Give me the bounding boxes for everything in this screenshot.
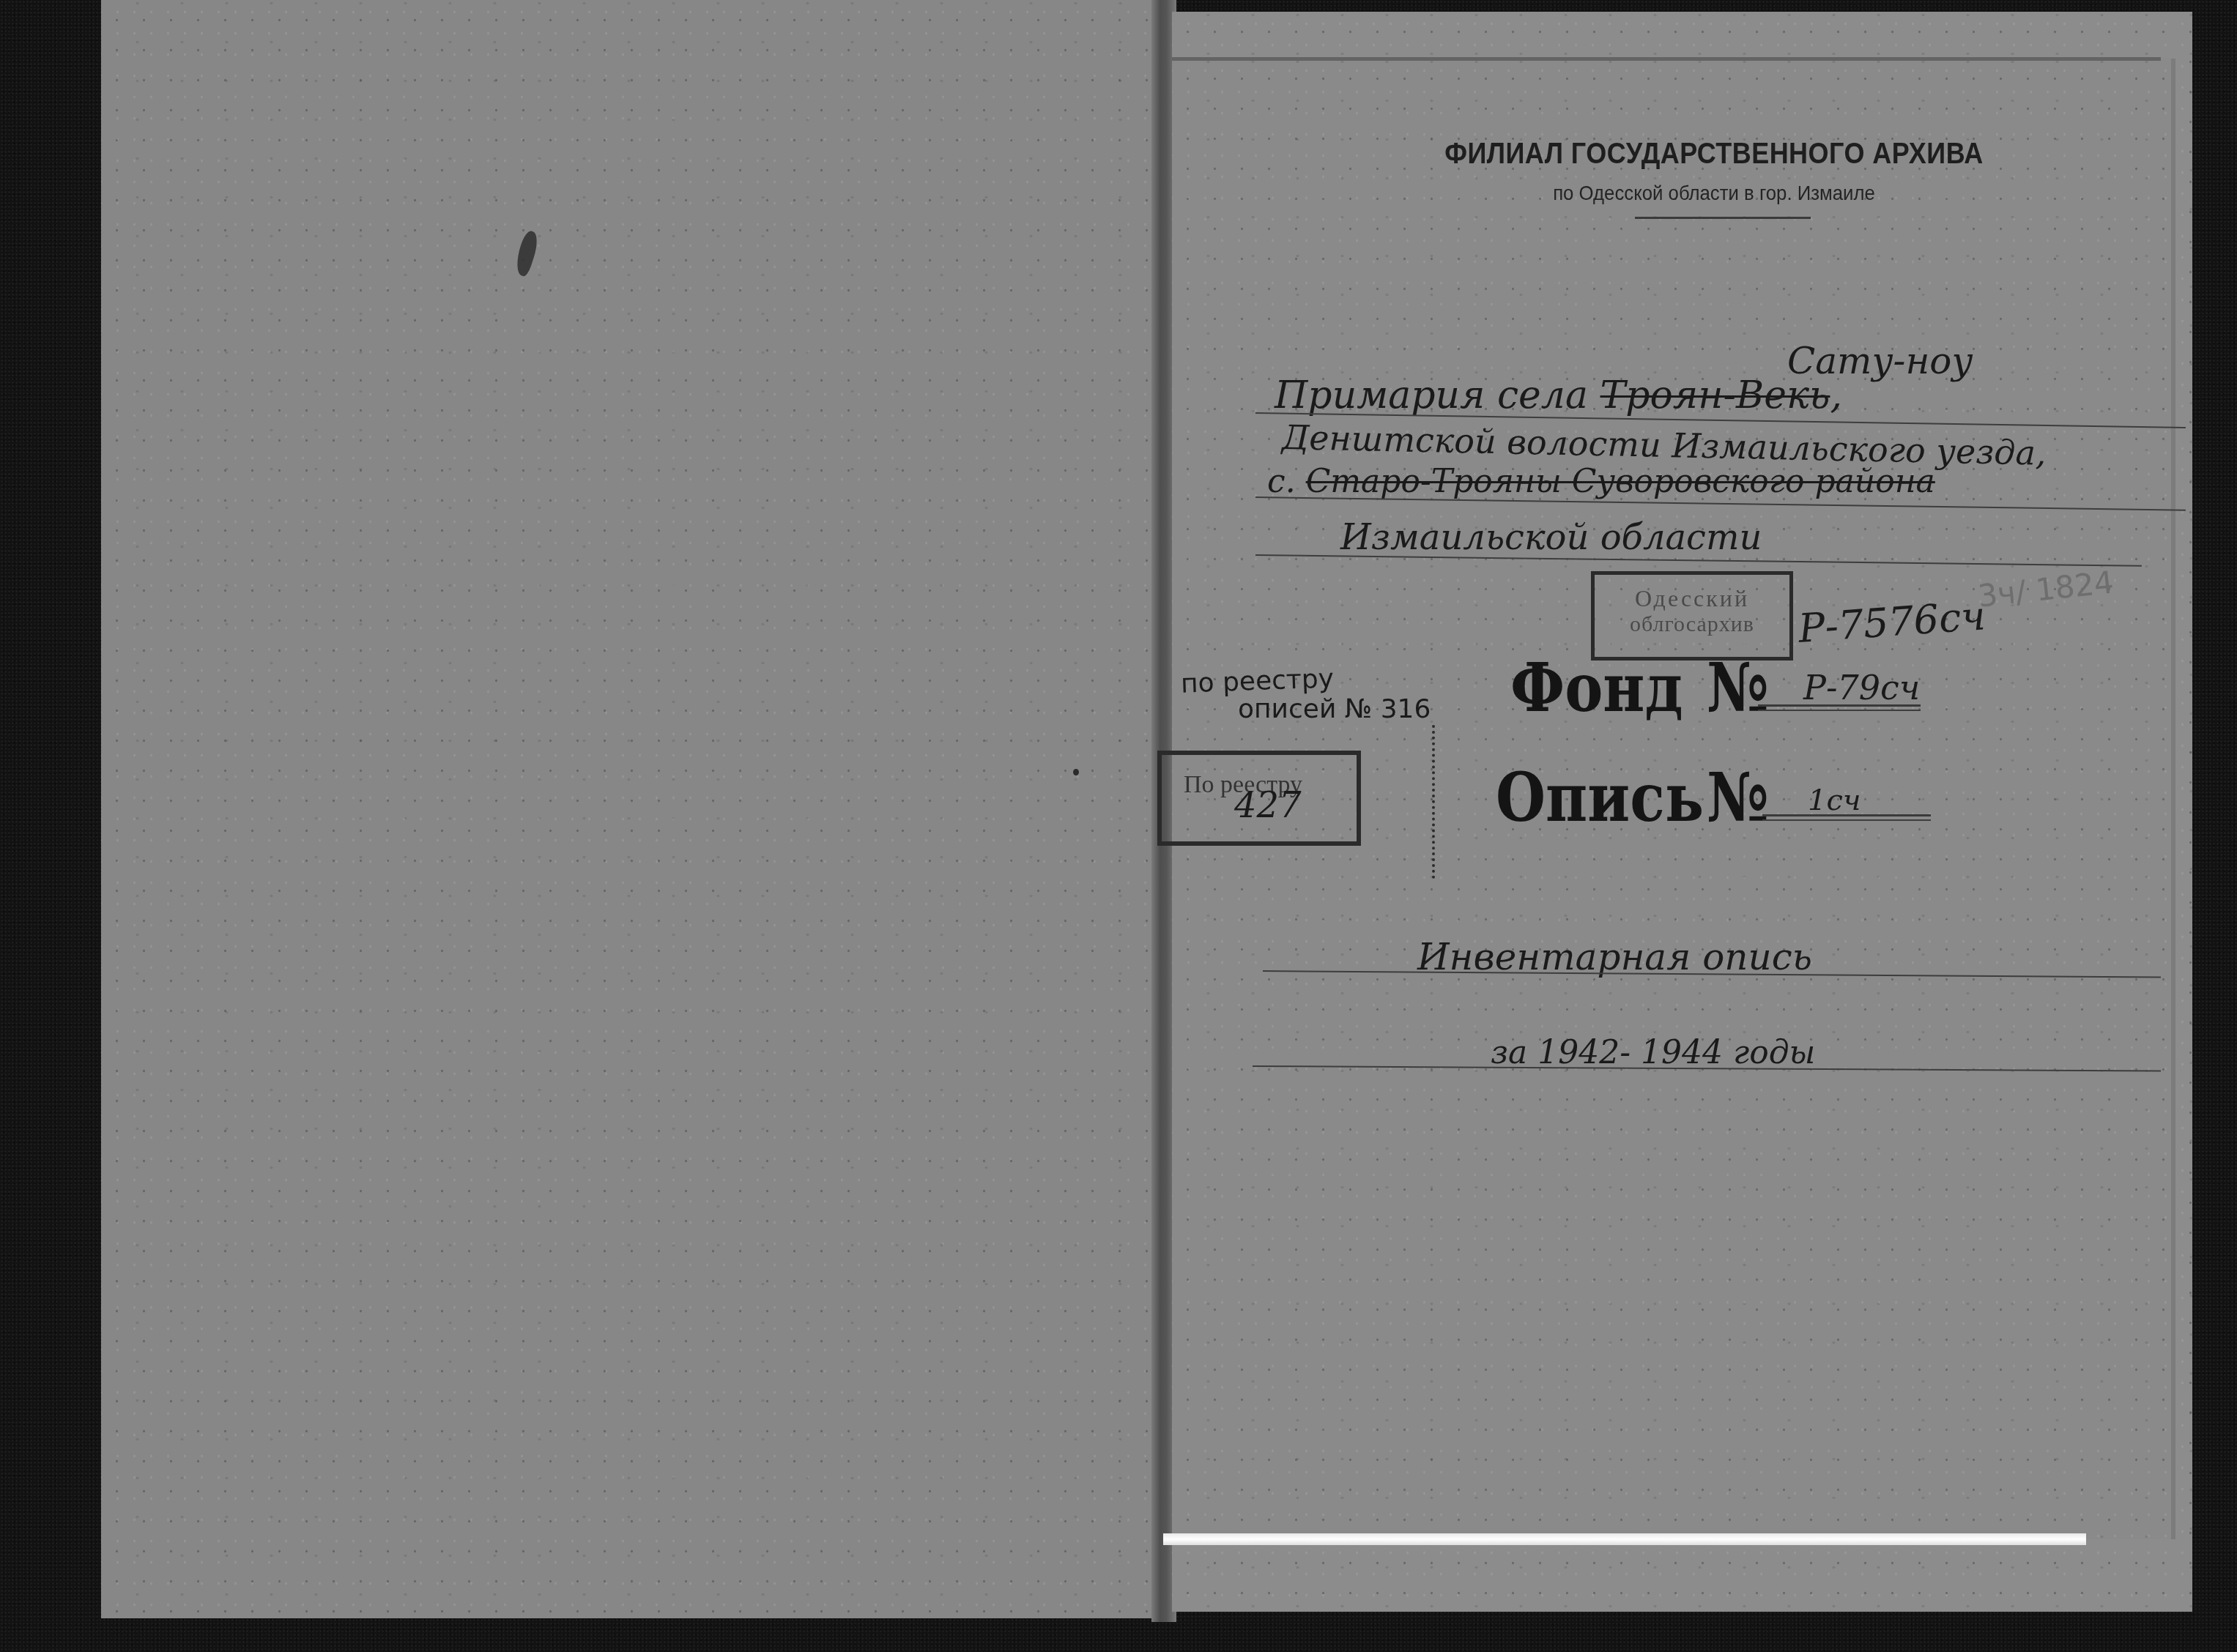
fond-number-sign: №: [1707, 648, 1769, 727]
struck-old-location: Старо-Трояны Суворовского района: [1306, 463, 1935, 500]
opis-label: Опись: [1496, 758, 1704, 837]
bottom-white-strip: [1163, 1533, 2086, 1545]
institution-prefix: Примария села: [1275, 373, 1588, 417]
struck-village-name: Троян-Векь: [1600, 373, 1830, 417]
oblast-archive-stamp: Одесский облгосархив: [1591, 571, 1793, 661]
date-range: за 1942- 1944 годы: [1491, 1034, 1815, 1071]
stamp-line-1: Одесский: [1595, 585, 1789, 612]
fond-underline-2: [1758, 710, 1921, 711]
archive-subtitle: по Одесской области в гор. Измаиле: [1451, 182, 1977, 205]
archive-title: ФИЛИАЛ ГОСУДАРСТВЕННОГО АРХИВА: [1424, 138, 2004, 171]
institution-line-4: Измаильской области: [1340, 517, 1762, 558]
header-divider: [1635, 217, 1811, 219]
fond-label: Фонд: [1510, 648, 1683, 727]
opis-underline: [1762, 814, 1931, 816]
institution-line-1: Примария села Троян-Векь,: [1275, 373, 1842, 417]
comma: ,: [1830, 373, 1842, 417]
opis-number-sign: №: [1707, 758, 1769, 837]
registry-stamp-number: 427: [1234, 785, 1302, 826]
registry-note-line-2: описей № 316: [1238, 694, 1431, 724]
fond-value: Р-79сч: [1803, 668, 1920, 707]
village-prefix: с.: [1267, 463, 1296, 500]
opis-underline-2: [1762, 819, 1931, 821]
vertical-dotted-line: [1432, 725, 1435, 879]
opis-value: 1сч: [1808, 784, 1861, 817]
top-edge-line: [1172, 57, 2161, 61]
left-cover-board: [101, 0, 1156, 1618]
stamp-line-2: облгосархив: [1595, 612, 1789, 637]
institution-line-3: с. Старо-Трояны Суворовского района: [1267, 463, 1935, 500]
fond-underline: [1758, 704, 1921, 707]
speck: [1073, 769, 1079, 775]
